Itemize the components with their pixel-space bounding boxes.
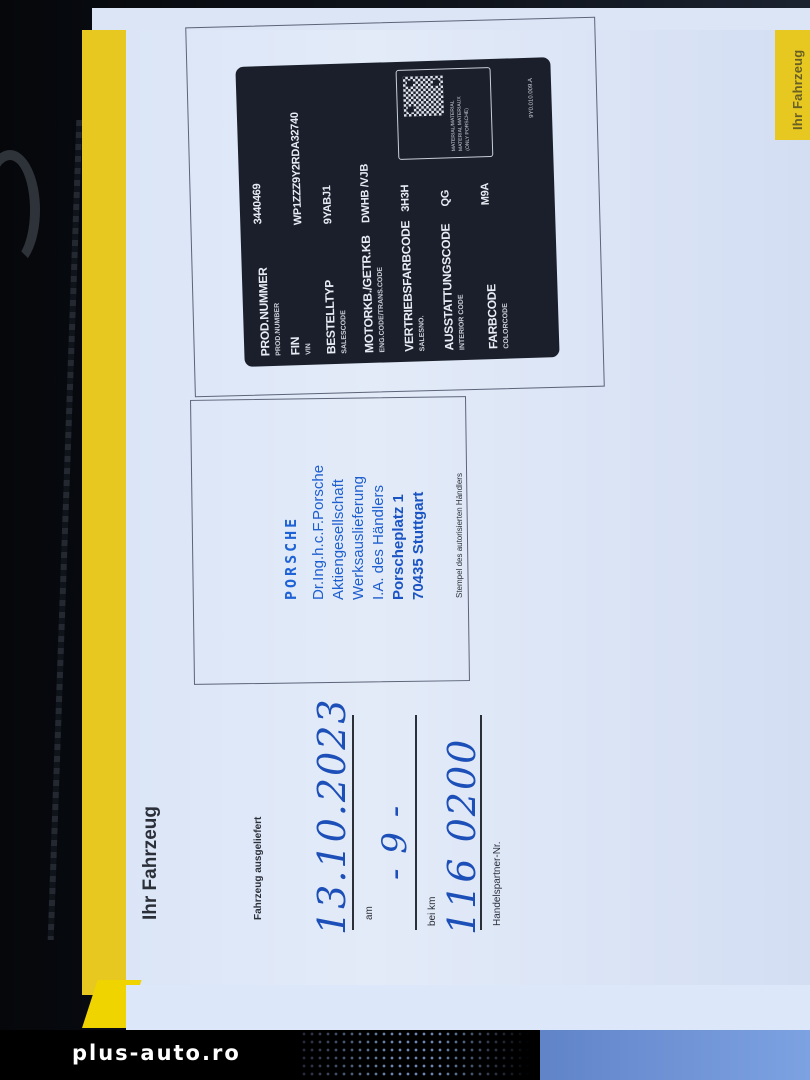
seat-stitching bbox=[48, 120, 83, 940]
stamp-line-5: Porscheplatz 1 bbox=[390, 494, 407, 600]
qr-code-icon bbox=[403, 76, 444, 117]
stamp-line-2: Aktiengesellschaft bbox=[330, 479, 347, 600]
stamp-line-4: I.A. des Händlers bbox=[370, 485, 387, 600]
seat-detail bbox=[0, 150, 40, 270]
label-field-vin: FIN VIN bbox=[286, 336, 313, 355]
stamp-line-1: Dr.Ing.h.c.F.Porsche bbox=[310, 465, 327, 600]
stamp-caption: Stempel des autorisierten Händlers bbox=[455, 473, 464, 598]
label-field-bestelltyp: BESTELLTYP SALESCODE bbox=[320, 280, 348, 355]
tab-title: Ihr Fahrzeug bbox=[790, 50, 805, 130]
vehicle-data-label: PROD.NUMMER PROD.NUMBER 3440469 FIN VIN … bbox=[235, 57, 559, 367]
stamp-line-3: Werksauslieferung bbox=[350, 476, 367, 600]
next-page-edge bbox=[126, 985, 810, 1035]
watermark-text: plus-auto.ro bbox=[72, 1041, 241, 1065]
km-underline bbox=[480, 715, 482, 930]
label-value-prod-number: 3440469 bbox=[251, 183, 264, 224]
label-value-farbcode: M9A bbox=[479, 183, 492, 206]
middle-underline bbox=[415, 715, 417, 930]
handwritten-date: 13.10.2023 bbox=[310, 697, 354, 935]
qr-caption: MATERIAL/MATERIAL MATERIAL MATERIAUX (ON… bbox=[449, 81, 472, 152]
page-heading: Ihr Fahrzeug bbox=[140, 806, 162, 920]
label-field-motorkb: MOTORKB./GETR.KB ENG.CODE/TRANS.CODE bbox=[357, 235, 387, 353]
label-field-vertriebsfarbcode: VERTRIEBSFARBCODE SALESNO. bbox=[396, 220, 426, 352]
label-value-vin: WP1ZZZ9Y2RDA32740 bbox=[289, 112, 305, 225]
label-value-ausstattungscode: QG bbox=[439, 190, 452, 207]
porsche-logo: PORSCHE bbox=[282, 516, 300, 600]
label-field-prod-number: PROD.NUMMER PROD.NUMBER bbox=[254, 267, 283, 356]
label-part-code: 9Y0.010.009.A bbox=[528, 78, 535, 118]
label-field-ausstattungscode: AUSSTATTUNGSCODE INTERIOR CODE bbox=[436, 223, 466, 351]
date-label: am bbox=[364, 906, 375, 920]
yellow-side-strip bbox=[82, 30, 126, 995]
label-value-bestelltyp: 9YABJ1 bbox=[321, 185, 334, 224]
watermark-halftone bbox=[300, 1030, 530, 1080]
handwritten-middle-value: - 9 - bbox=[375, 804, 415, 880]
handwritten-km: 116 0200 bbox=[440, 738, 484, 935]
label-value-motorkb: DWHB /VJB bbox=[358, 164, 372, 223]
qr-code-box: MATERIAL/MATERIAL MATERIAL MATERIAUX (ON… bbox=[396, 67, 494, 160]
label-field-farbcode: FARBCODE COLORCODE bbox=[482, 284, 510, 350]
partner-label: Handelspartner-Nr. bbox=[492, 842, 503, 926]
label-value-vertriebsfarbcode: 3H3H bbox=[399, 185, 412, 212]
delivered-title: Fahrzeug ausgeliefert bbox=[253, 817, 264, 920]
watermark-fade bbox=[500, 1030, 810, 1080]
km-label: bei km bbox=[427, 897, 438, 926]
stamp-line-6: 70435 Stuttgart bbox=[410, 492, 427, 600]
date-underline bbox=[352, 715, 354, 930]
